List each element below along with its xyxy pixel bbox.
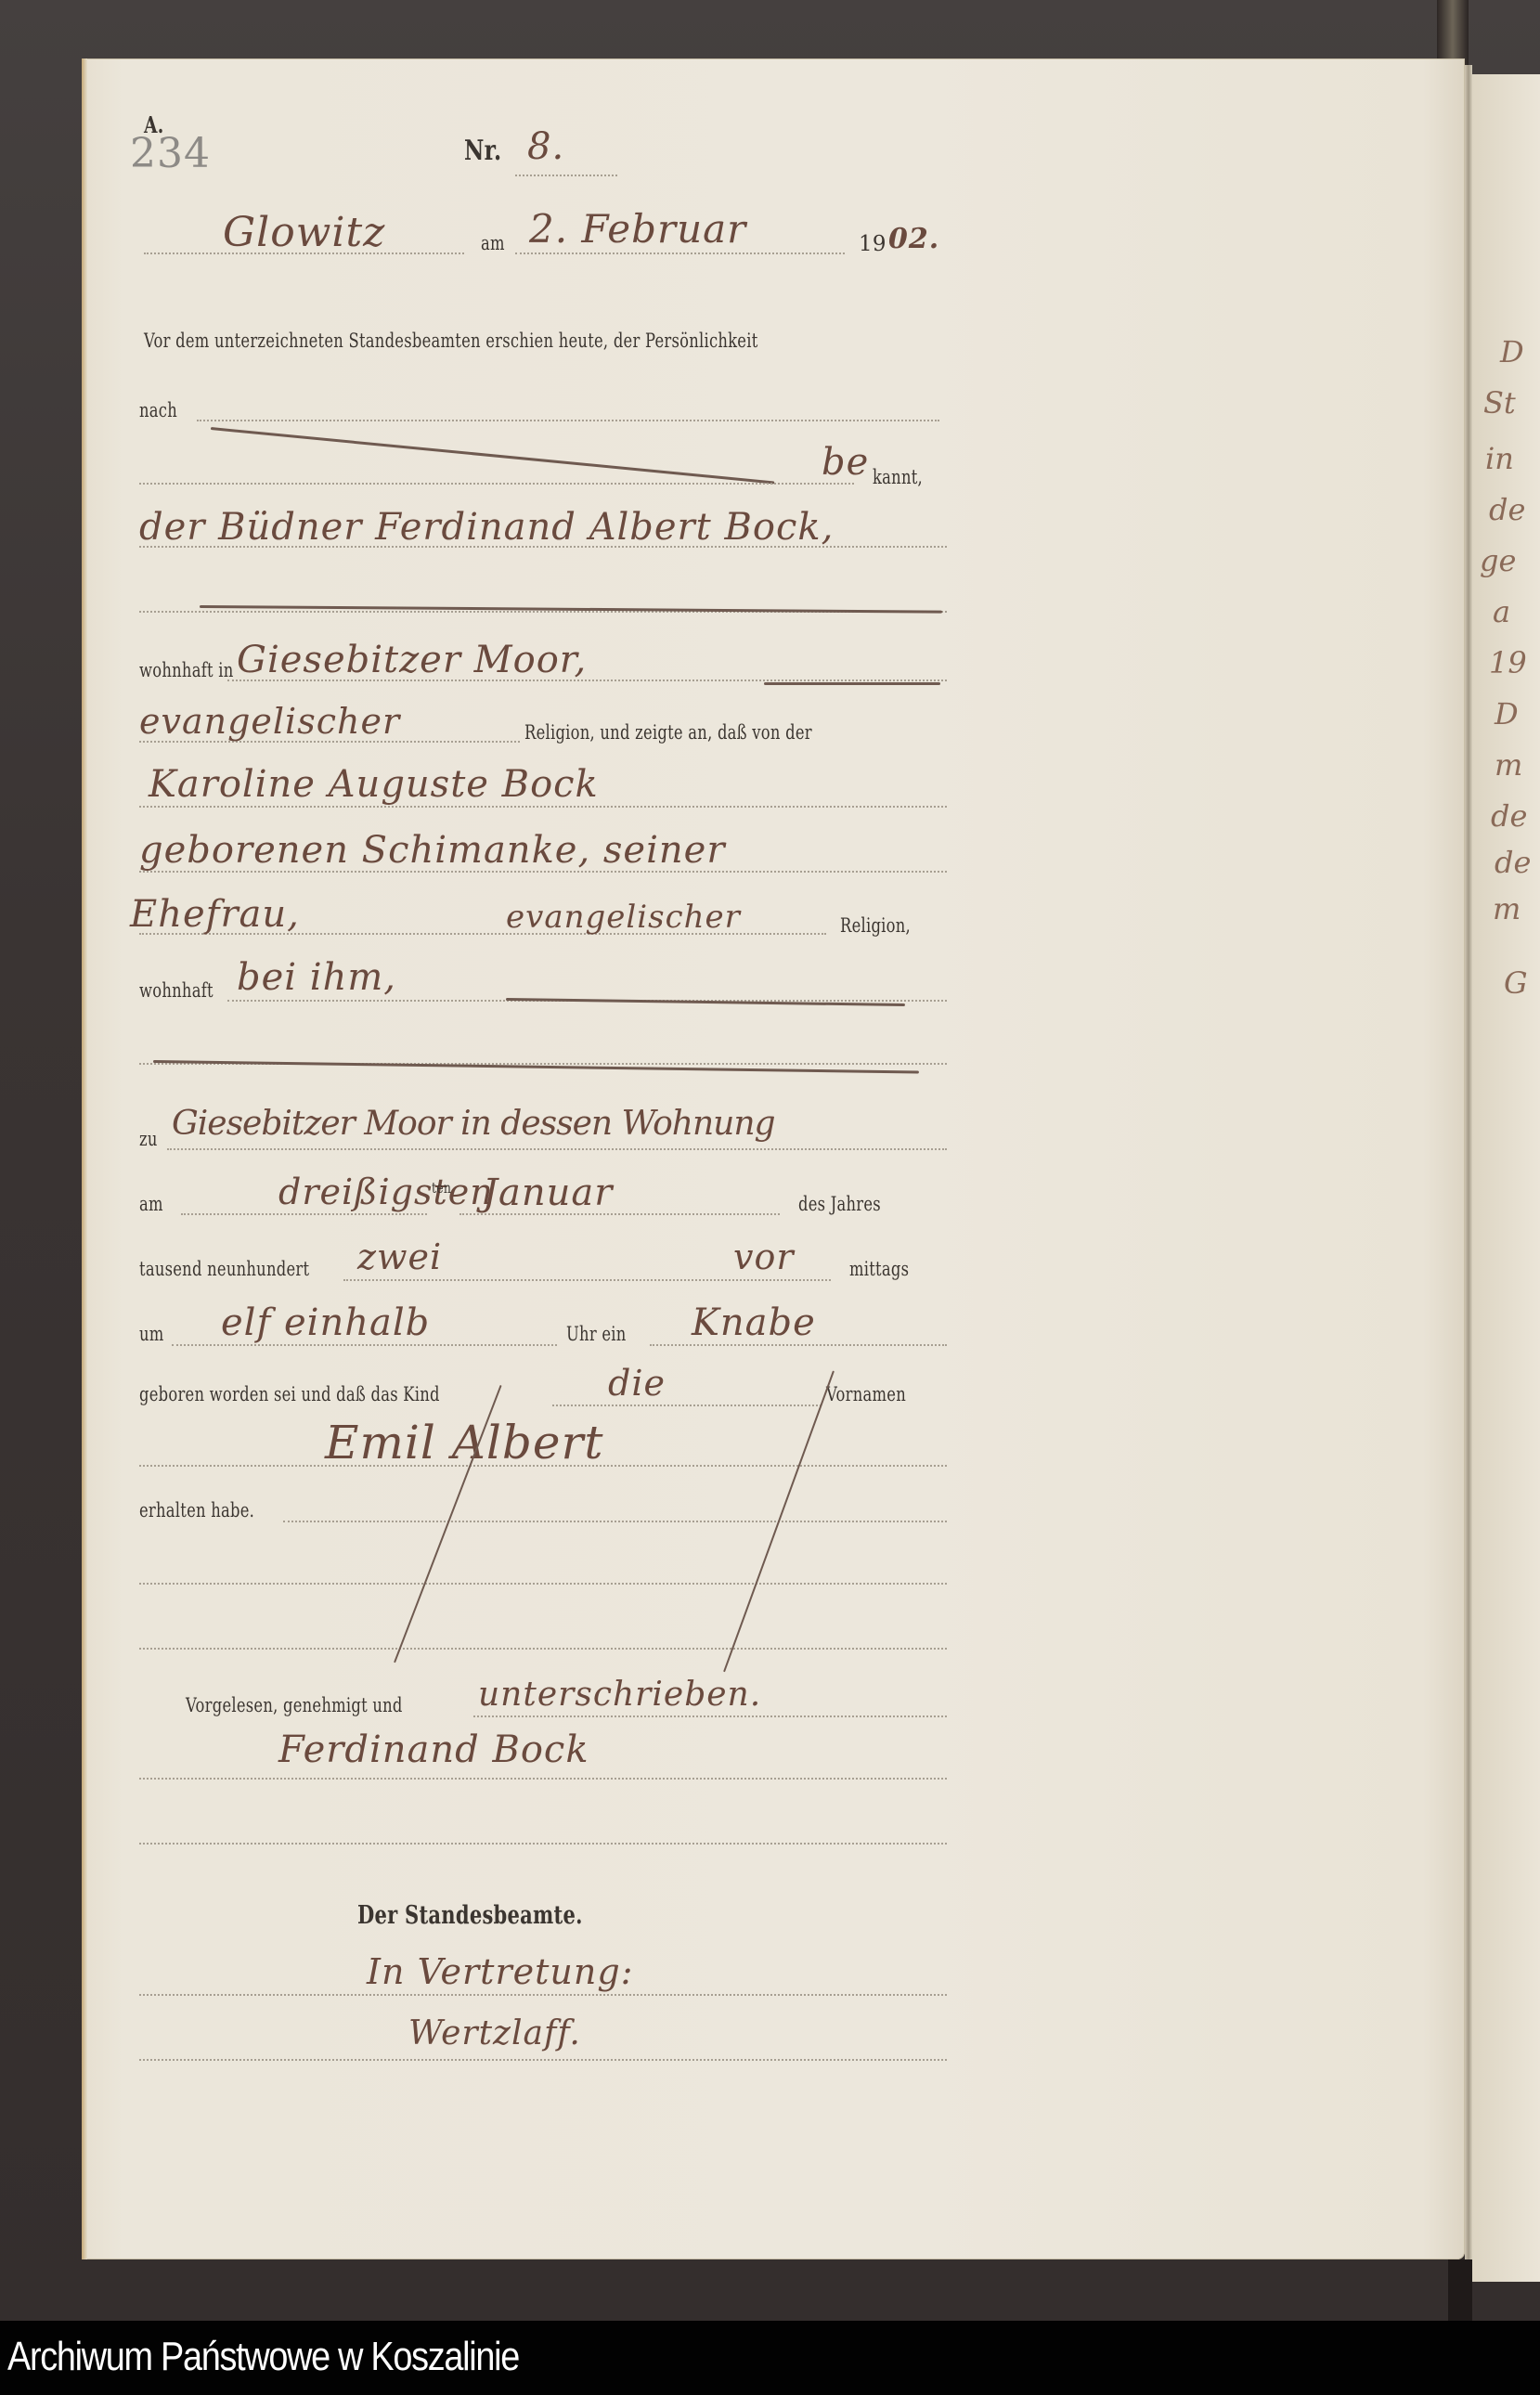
erhalten-label: erhalten habe. <box>139 1499 254 1521</box>
adjacent-fragment: D <box>1500 334 1524 369</box>
adjacent-fragment: St <box>1483 385 1516 421</box>
tausend-label: tausend neunhundert <box>139 1258 309 1280</box>
child-names: Emil Albert <box>325 1416 603 1469</box>
adjacent-fragment: m <box>1495 747 1522 783</box>
adjacent-fragment: m <box>1493 891 1521 926</box>
wohnhaft-label: wohnhaft <box>139 979 214 1002</box>
intro-text: Vor dem unterzeichneten Standesbeamten e… <box>144 330 758 352</box>
child-sex: Knabe <box>692 1301 816 1344</box>
register-page <box>82 58 1465 2259</box>
dotted-rule <box>197 420 939 421</box>
mother-name: Karoline Auguste Bock <box>149 763 599 806</box>
dotted-rule <box>139 1778 947 1780</box>
uhr-ein-label: Uhr ein <box>566 1323 627 1345</box>
bekannt-suffix: kannt, <box>873 466 923 488</box>
dotted-rule <box>515 252 845 254</box>
dotted-rule <box>283 1521 947 1522</box>
dotted-rule <box>139 806 947 808</box>
birth-month: Januar <box>483 1172 613 1214</box>
adjacent-fragment: de <box>1491 798 1527 834</box>
birth-day: dreißigsten <box>278 1172 494 1212</box>
archive-footer-bar: Archiwum Państwowe w Koszalinie <box>0 2321 1540 2395</box>
registrar-heading: Der Standesbeamte. <box>357 1901 583 1930</box>
dotted-rule <box>343 1279 831 1281</box>
dotted-rule <box>139 1648 947 1650</box>
adjacent-fragment: a <box>1493 594 1510 629</box>
declarant-name: der Büdner Ferdinand Albert Bock, <box>139 506 834 549</box>
dotted-rule <box>139 1994 947 1996</box>
dotted-rule <box>515 175 617 176</box>
archive-name: Archiwum Państwowe w Koszalinie <box>7 2334 519 2380</box>
birth-hour: elf einhalb <box>221 1301 430 1344</box>
vornamen-label: Vornamen <box>826 1383 906 1405</box>
die-handwritten: die <box>608 1363 666 1404</box>
ten-suffix: ten <box>432 1179 451 1197</box>
mother-maiden-name: geborenen Schimanke, seiner <box>139 829 725 872</box>
vor-nach: vor <box>733 1236 795 1277</box>
adjacent-fragment: de <box>1489 492 1525 527</box>
entry-number: 8. <box>527 125 564 168</box>
vorgelesen-label: Vorgelesen, genehmigt und <box>186 1694 403 1716</box>
mother-residence: bei ihm, <box>237 956 396 999</box>
year-handwritten: 02. <box>888 223 939 255</box>
dotted-rule <box>167 1148 947 1150</box>
geboren-label: geboren worden sei und daß das Kind <box>139 1383 440 1405</box>
declarant-residence: Giesebitzer Moor, <box>237 639 587 681</box>
adjacent-fragment: in <box>1485 441 1514 476</box>
book-spine <box>1465 65 1472 2270</box>
dotted-rule <box>139 483 854 485</box>
date-am-label: am <box>481 232 505 254</box>
unterschrieben-handwritten: unterschrieben. <box>478 1676 761 1714</box>
birth-year-words: zwei <box>357 1236 442 1277</box>
registrar-signature-line1: In Vertretung: <box>367 1951 633 1992</box>
um-label: um <box>139 1323 164 1345</box>
nach-label: nach <box>139 399 177 421</box>
wohnhaft-in-label: wohnhaft in <box>139 659 234 681</box>
religion-clause: Religion, und zeigte an, daß von der <box>524 721 812 744</box>
mother-religion: evangelischer <box>506 899 741 936</box>
dotted-rule <box>650 1344 947 1346</box>
adjacent-fragment: ge <box>1480 543 1516 578</box>
am-label: am <box>139 1193 163 1215</box>
dotted-rule <box>181 1213 427 1215</box>
dotted-rule <box>139 1843 947 1845</box>
des-jahres-label: des Jahres <box>798 1193 881 1215</box>
place-handwritten: Glowitz <box>223 209 385 256</box>
adjacent-page-strip: D St in de ge a 19 D m de de m G <box>1472 74 1540 2282</box>
adjacent-fragment: de <box>1495 845 1531 880</box>
dotted-rule <box>552 1405 822 1406</box>
page-edge <box>82 58 87 2259</box>
mother-relation: Ehefrau, <box>130 893 300 936</box>
mittags-label: mittags <box>849 1258 909 1280</box>
declarant-religion: evangelischer <box>139 701 400 742</box>
entry-number-label: Nr. <box>464 135 501 167</box>
bekannt-prefix: be <box>822 441 869 484</box>
declarant-signature: Ferdinand Bock <box>278 1728 589 1771</box>
birth-place: Giesebitzer Moor in dessen Wohnung <box>172 1105 775 1143</box>
strike-line <box>764 682 940 685</box>
year-printed: 19 <box>859 232 886 256</box>
religion-label: Religion, <box>840 914 911 937</box>
dotted-rule <box>139 2059 947 2061</box>
book-binding-bottom <box>1448 2259 1472 2321</box>
dotted-rule <box>139 1583 947 1585</box>
dotted-rule <box>172 1344 557 1346</box>
adjacent-fragment: G <box>1504 965 1528 1001</box>
registrar-signature-line2: Wertzlaff. <box>408 2014 581 2052</box>
pencil-page-number: 234 <box>130 130 211 177</box>
zu-label: zu <box>139 1128 158 1150</box>
date-handwritten: 2. Februar <box>529 206 746 252</box>
adjacent-fragment: 19 <box>1489 645 1527 680</box>
dotted-rule <box>473 1715 947 1717</box>
adjacent-fragment: D <box>1495 696 1519 731</box>
